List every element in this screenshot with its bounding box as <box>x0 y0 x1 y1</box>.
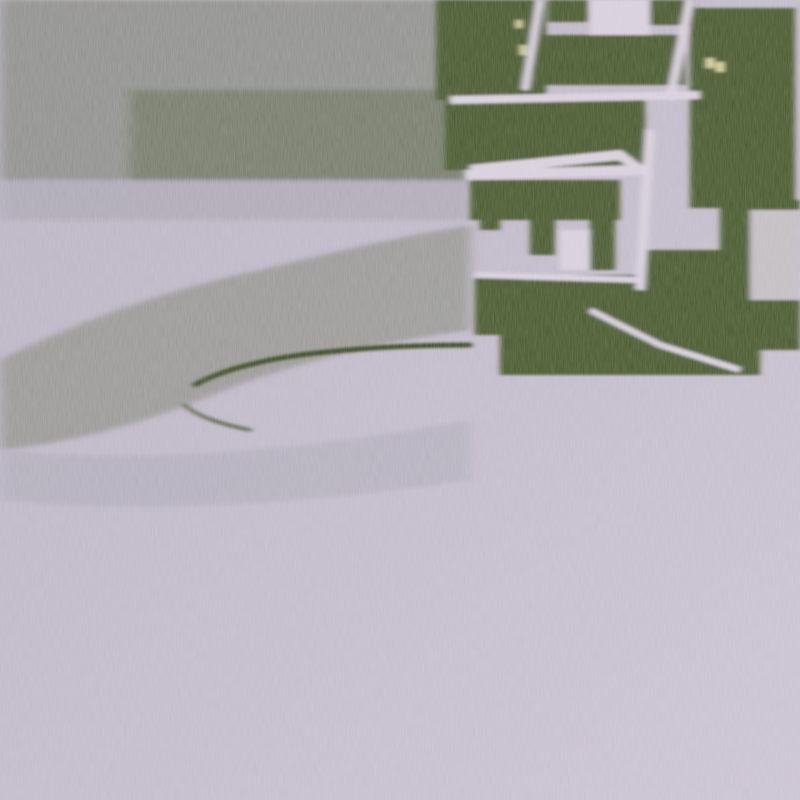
electric-chair-print <box>0 0 800 800</box>
print-grain-texture <box>0 0 800 800</box>
artwork-canvas <box>0 0 800 800</box>
